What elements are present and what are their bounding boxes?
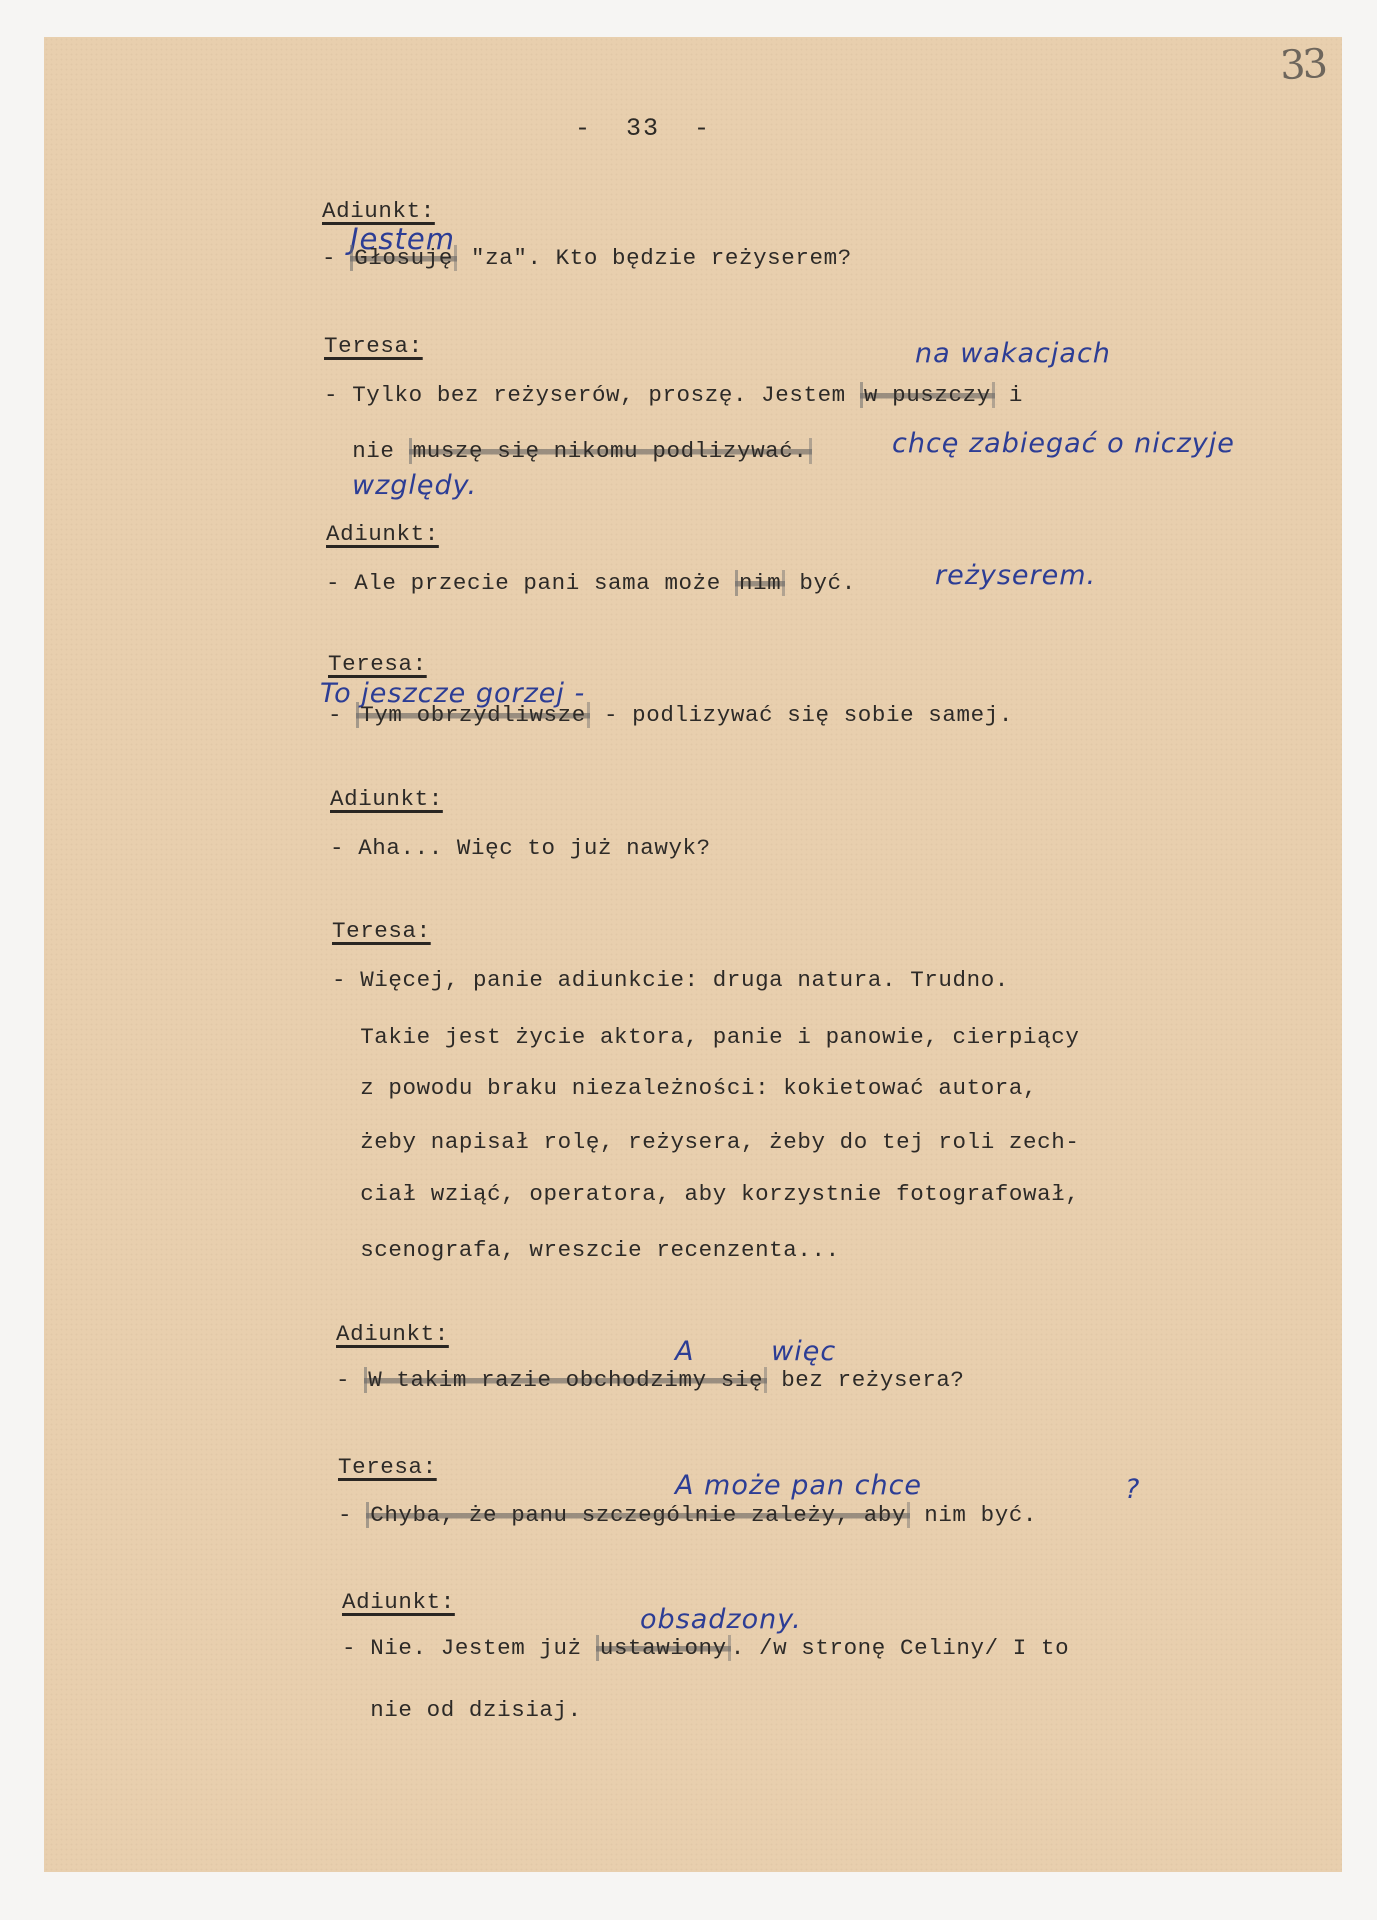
struck-text: ustawiony [596,1635,731,1661]
dash: - [322,245,350,271]
line-text: - podlizywać się sobie samej. [590,702,1013,728]
speaker-adiunkt: Adiunkt: [330,786,443,812]
speaker-adiunkt: Adiunkt: [322,198,435,224]
dash: - [338,1502,366,1528]
dialogue-line: nie muszę się nikomu podlizywać. [324,438,812,464]
dialogue-line: ciał wziąć, operatora, aby korzystnie fo… [332,1181,1079,1207]
speaker-teresa: Teresa: [338,1454,437,1480]
dialogue-line: - Chyba, że panu szczególnie zależy, aby… [338,1502,1037,1528]
dialogue-line: scenografa, wreszcie recenzenta... [332,1237,840,1263]
line-text: - Ale przecie pani sama może [326,570,735,596]
speaker-teresa: Teresa: [332,918,431,944]
speaker-teresa: Teresa: [328,651,427,677]
handwritten-correction: obsadzony. [640,1604,802,1635]
line-text: "za". Kto będzie reżyserem? [457,245,852,271]
line-text: - Nie. Jestem już [342,1635,596,1661]
dialogue-line: - Więcej, panie adiunkcie: druga natura.… [332,967,1009,993]
dialogue-line: nie od dzisiaj. [342,1697,582,1723]
struck-text: w puszczy [860,382,995,408]
dialogue-line: żeby napisał rolę, reżysera, żeby do tej… [332,1129,1079,1155]
line-text: być. [785,570,856,596]
struck-text: muszę się nikomu podlizywać. [409,438,812,464]
pencil-page-number: 33 [1279,41,1326,89]
struck-text: Głosuję [350,245,457,271]
dialogue-line: - Ale przecie pani sama może nim być. [326,570,856,596]
line-text: nim być. [910,1502,1037,1528]
line-text: - Tylko bez reżyserów, proszę. Jestem [324,382,860,408]
dialogue-line: - Tylko bez reżyserów, proszę. Jestem w … [324,382,1023,408]
struck-text: Tym obrzydliwsze [356,702,590,728]
line-text: . /w stronę Celiny/ I to [731,1635,1069,1661]
speaker-adiunkt: Adiunkt: [342,1589,455,1615]
handwritten-question-mark: ? [1125,1474,1140,1505]
dialogue-line: - Aha... Więc to już nawyk? [330,835,711,861]
dialogue-line: - Tym obrzydliwsze - podlizywać się sobi… [328,702,1013,728]
dialogue-line: - W takim razie obchodzimy się bez reżys… [336,1367,965,1393]
typed-page-number: - 33 - [575,114,711,143]
handwritten-correction: A może pan chce [675,1470,922,1501]
dash: - [336,1367,364,1393]
handwritten-correction: A więc [675,1336,836,1367]
struck-text: nim [735,570,785,596]
dialogue-line: Takie jest życie aktora, panie i panowie… [332,1024,1079,1050]
speaker-adiunkt: Adiunkt: [326,521,439,547]
dialogue-line: - Nie. Jestem już ustawiony. /w stronę C… [342,1635,1069,1661]
dash: - [328,702,356,728]
line-text: nie [324,438,409,464]
dialogue-line: z powodu braku niezależności: kokietować… [332,1075,1037,1101]
struck-text: Chyba, że panu szczególnie zależy, aby [366,1502,910,1528]
line-text: i [995,382,1023,408]
handwritten-correction: chcę zabiegać o niczyje [892,428,1235,459]
handwritten-correction: względy. [352,470,477,501]
speaker-teresa: Teresa: [324,333,423,359]
typescript-page [44,37,1342,1872]
speaker-adiunkt: Adiunkt: [336,1321,449,1347]
dialogue-line: - Głosuję "za". Kto będzie reżyserem? [322,245,852,271]
line-text: bez reżysera? [767,1367,964,1393]
handwritten-correction: na wakacjach [915,338,1111,369]
handwritten-correction: reżyserem. [935,560,1096,591]
struck-text: W takim razie obchodzimy się [364,1367,767,1393]
